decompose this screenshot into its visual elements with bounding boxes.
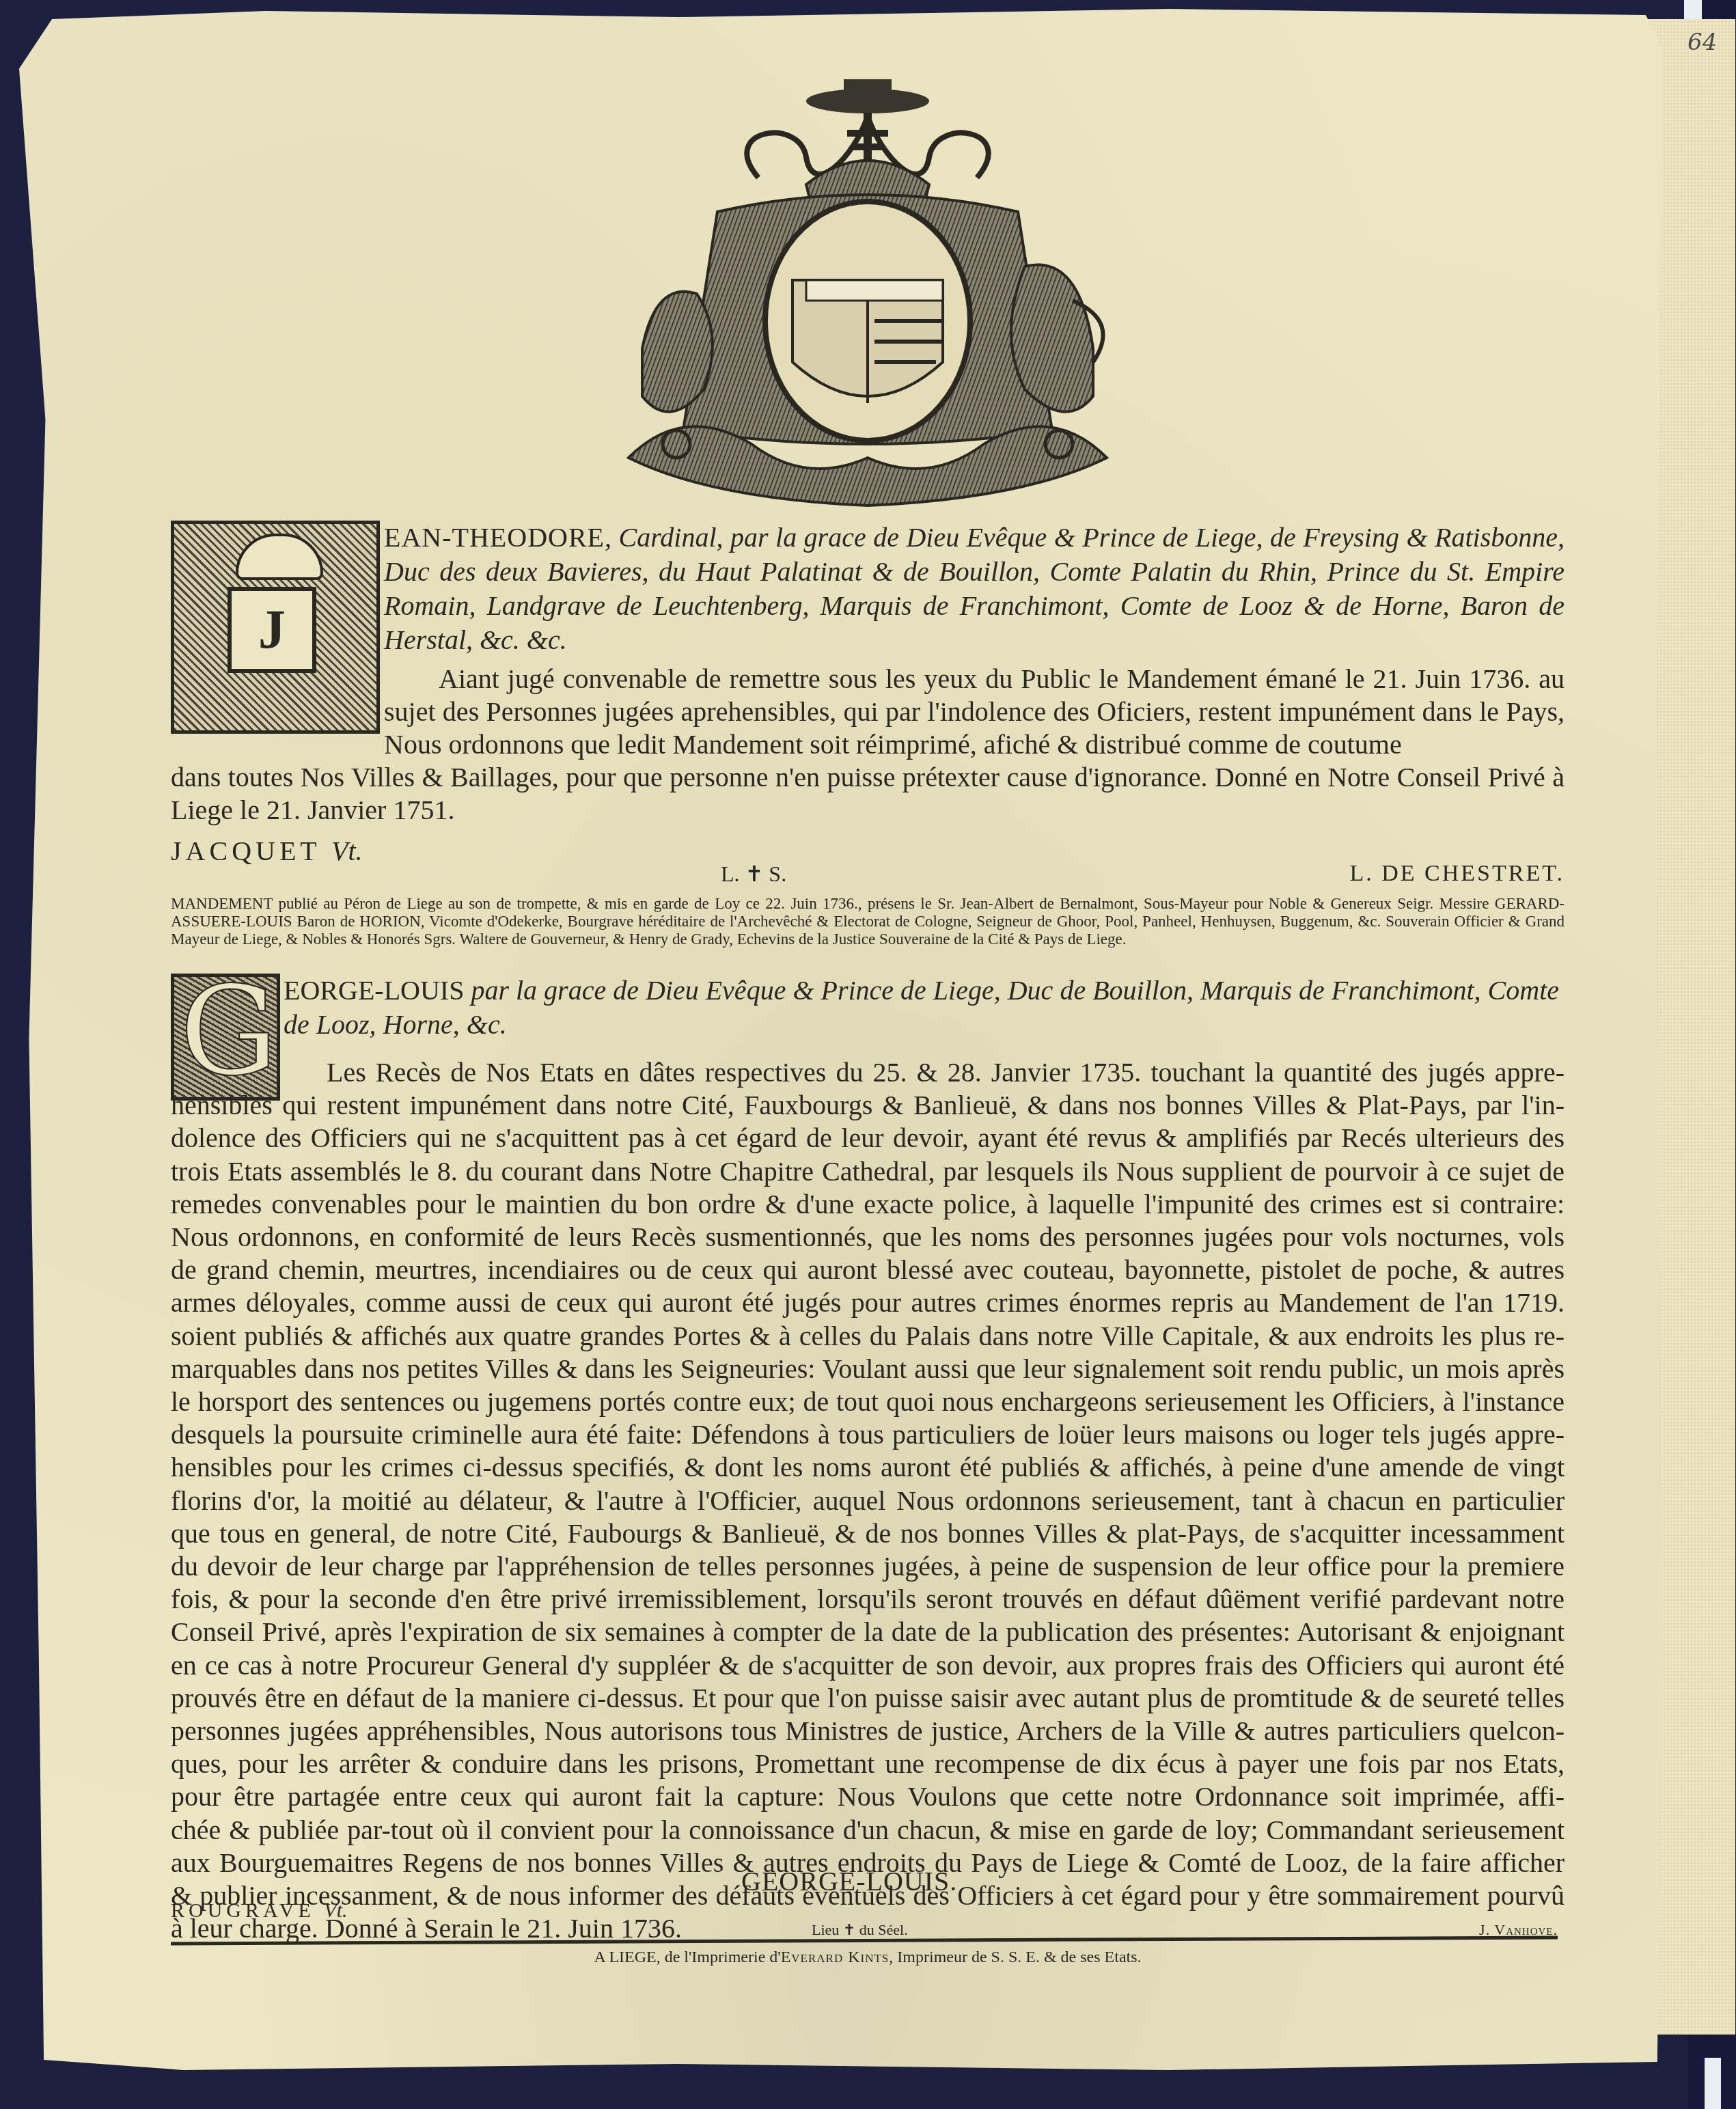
signature-jacquet: JACQUET Vt.: [171, 835, 363, 867]
body-line: marquables dans nos petites Villes & dan…: [171, 1353, 1565, 1386]
title-name: EAN-THEODORE: [384, 522, 605, 553]
seal-mark: L. ✝ S.: [721, 861, 786, 887]
body-line: dolence des Officiers qui ne s'acquitten…: [171, 1122, 1565, 1155]
body-line: Conseil Privé, après l'expiration de six…: [171, 1616, 1565, 1649]
body-line: remedes convenables pour le maintien du …: [171, 1188, 1565, 1221]
body-line: personnes jugées appréhensibles, Nous au…: [171, 1715, 1565, 1748]
body-line: fois, & pour la seconde d'en être privé …: [171, 1583, 1565, 1616]
folio-number: 64: [1687, 29, 1717, 56]
signature-de-chestret: L. DE CHESTRET.: [1350, 861, 1565, 887]
signature-george-louis: GEORGE-LOUIS.: [741, 1865, 957, 1897]
body-line: armes déloyales, comme aussi de ceux qui…: [171, 1286, 1565, 1319]
body-line: hensibles qui restent impunément dans no…: [171, 1089, 1565, 1122]
body-line: prouvés être en défaut de la maniere ci-…: [171, 1682, 1565, 1715]
mandement-1736-title: EORGE-LOUIS par la grace de Dieu Evêque …: [284, 974, 1565, 1042]
body-line: Nous ordonnons, en conformité de leurs R…: [171, 1221, 1565, 1254]
body-line: ques, pour les arrêter & conduire dans l…: [171, 1748, 1565, 1780]
title-name: EORGE-LOUIS: [284, 975, 464, 1006]
body-line: Les Recès de Nos Etats en dâtes respecti…: [171, 1056, 1565, 1089]
body-line: soient publiés & affichés aux quatre gra…: [171, 1320, 1565, 1353]
printer-imprint: A LIEGE, de l'Imprimerie d'Everard Kints…: [171, 1948, 1565, 1967]
body-line: du devoir de leur charge par l'appréhens…: [171, 1550, 1565, 1583]
body-line: florins d'or, la moitié au délateur, & l…: [171, 1485, 1565, 1517]
body-line: chée & publiée par-tout où il convient p…: [171, 1814, 1565, 1847]
body-line: en ce cas à notre Procureur General d'y …: [171, 1649, 1565, 1682]
body-line: de grand chemin, meurtres, incendiaires …: [171, 1254, 1565, 1286]
body-line: trois Etats assemblés le 8. du courant d…: [171, 1155, 1565, 1188]
tape-bottom: [1705, 2058, 1721, 2109]
ordinance-1751-paragraph-part2: dans toutes Nos Villes & Baillages, pour…: [171, 761, 1565, 827]
tape-top: [1684, 0, 1702, 20]
title-styles: par la grace de Dieu Evêque & Prince de …: [284, 975, 1559, 1040]
ordinance-1751-body: Aiant jugé convenable de remettre sous l…: [171, 663, 1565, 827]
dropcap-letter: J: [228, 587, 316, 673]
body-line: hensibles pour les crimes ci-dessus spec…: [171, 1451, 1565, 1484]
ordinance-1751-title: EAN-THEODORE, Cardinal, par la grace de …: [384, 521, 1565, 657]
publication-note: MANDEMENT publié au Péron de Liege au so…: [171, 895, 1565, 948]
signature-rougrave: ROUGRAVE Vt.: [171, 1899, 347, 1922]
crown-icon: [236, 534, 323, 580]
body-line: que tous en general, de notre Cité, Faub…: [171, 1517, 1565, 1550]
printer-name: Everard Kints: [781, 1948, 890, 1966]
body-line: le horsport des sentences ou jugemens po…: [171, 1386, 1565, 1418]
mandement-1736-body: Les Recès de Nos Etats en dâtes respecti…: [171, 1056, 1565, 1945]
ordinance-1751-signatures: JACQUET Vt. L. ✝ S. L. DE CHESTRET.: [171, 835, 1565, 896]
ordinance-1751-paragraph-part1: Aiant jugé convenable de remettre sous l…: [384, 663, 1565, 761]
seal-place-note: Lieu ✝ du Séel.: [812, 1921, 908, 1939]
coat-of-arms-icon: [601, 75, 1134, 512]
body-line: pour être partagée entre ceux qui auront…: [171, 1780, 1565, 1813]
body-line: desquels la poursuite criminelle aura ét…: [171, 1418, 1565, 1451]
